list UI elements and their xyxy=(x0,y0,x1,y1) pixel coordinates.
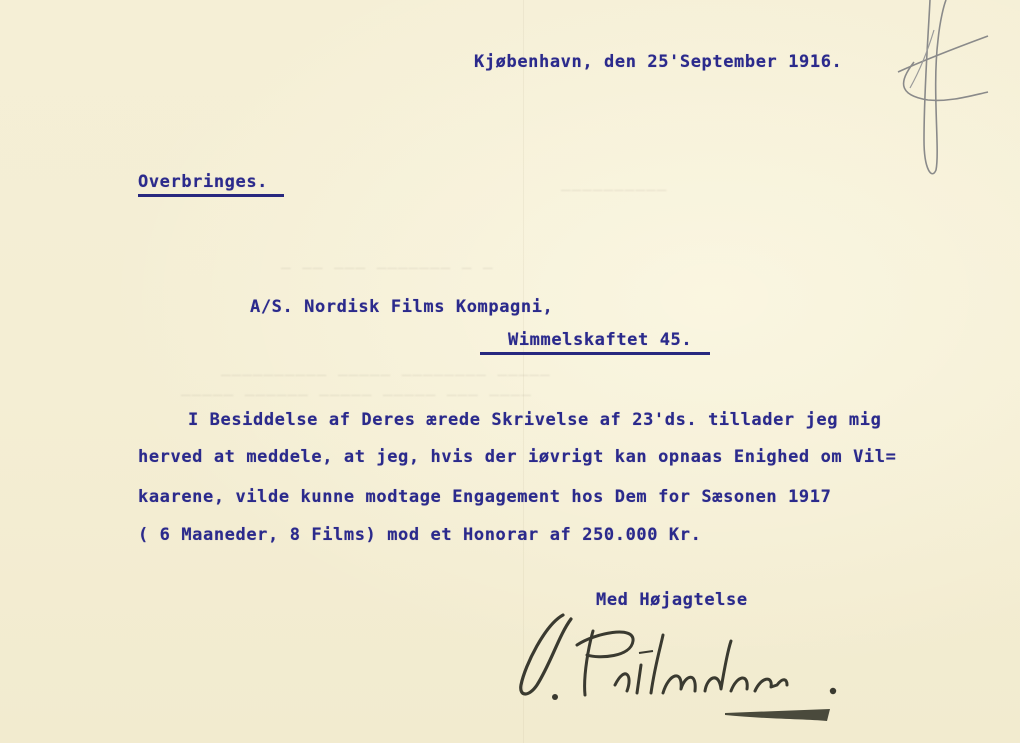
body-line-2: herved at meddele, at jeg, hvis der iøvr… xyxy=(138,447,896,467)
bleed-through-text: — — ——————— ——— —— — xyxy=(280,258,493,277)
dateline: Kjøbenhavn, den 25'September 1916. xyxy=(474,52,842,72)
recipient-name: A/S. Nordisk Films Kompagni, xyxy=(250,297,553,317)
recipient-address: Wimmelskaftet 45. xyxy=(480,330,710,355)
letter-page: — — ——————— ——— —— — —————————— ————— ——… xyxy=(0,0,1020,743)
pencil-mark-icon xyxy=(890,0,1000,185)
bleed-through-text: —————————— xyxy=(560,180,666,199)
body-line-1: I Besiddelse af Deres ærede Skrivelse af… xyxy=(188,410,881,430)
letter-heading: Overbringes. xyxy=(138,172,284,197)
bleed-through-text: ———— ——— ————— ————— —————— ————— xyxy=(180,385,531,404)
body-line-3: kaarene, vilde kunne modtage Engagement … xyxy=(138,487,831,507)
handwritten-signature-icon xyxy=(515,605,855,730)
bleed-through-text: ————— ———————— ————— —————————— xyxy=(220,365,550,384)
body-line-4: ( 6 Maaneder, 8 Films) mod et Honorar af… xyxy=(138,525,701,545)
